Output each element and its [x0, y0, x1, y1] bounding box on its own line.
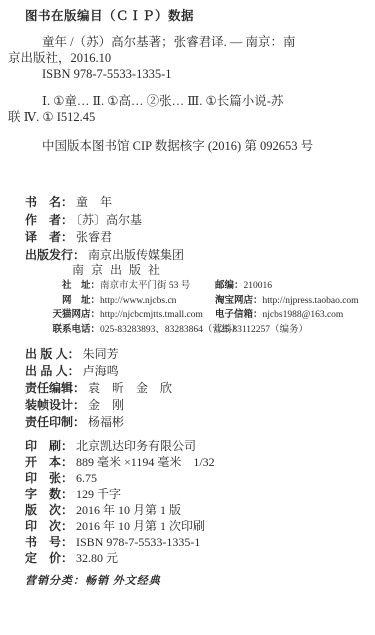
- marketing-category-row: 营销分类：畅销 外文经典: [25, 572, 375, 588]
- isbn-row: 书 号：ISBN 978-7-5533-1335-1: [25, 534, 375, 550]
- cip-classification-line2: 联 Ⅳ. ① I512.45: [8, 109, 375, 125]
- book-title-row: 书 名：童 年: [25, 194, 375, 212]
- editor-value: 袁 昕 金 欣: [88, 381, 172, 395]
- author-label: 作 者：: [25, 213, 73, 227]
- cip-heading: 图书在版编目（ＣＩＰ）数据: [25, 8, 375, 24]
- sheets-value: 6.75: [76, 471, 97, 485]
- edition-value: 2016 年 10 月第 1 版: [76, 503, 181, 517]
- designer-label: 装帧设计：: [25, 398, 85, 412]
- book-title-label: 书 名：: [25, 195, 73, 209]
- print-supervisor-value: 杨福彬: [88, 415, 124, 429]
- address-row: 社 址：南京市太平门街 53 号 邮编：210016: [47, 279, 375, 294]
- website-left: 网 址：http://www.njcbs.cn: [47, 294, 215, 309]
- printer-value: 北京凯达印务有限公司: [76, 439, 196, 453]
- word-count-label: 字 数：: [25, 487, 73, 501]
- taobao-cell: 淘宝网店：http://njpress.taobao.com: [215, 294, 359, 309]
- tmall-label: 天猫网店：: [47, 308, 100, 323]
- print-supervisor-row: 责任印制：杨福彬: [25, 414, 375, 431]
- author-row: 作 者：〔苏〕高尔基: [25, 212, 375, 230]
- editor-label: 责任编辑：: [25, 381, 85, 395]
- publisher-value: 南京出版传媒集团: [88, 248, 184, 262]
- cip-description-line2: 京出版社，2016.10: [8, 50, 375, 66]
- email-value: njcbs1988@163.com: [263, 310, 344, 320]
- editorial-phone-cell: 025-83112257（编务）: [215, 323, 308, 338]
- designer-value: 金 刚: [88, 398, 124, 412]
- staff-section: 出 版 人：朱同芳 出 品 人：卢海鸣 责任编辑：袁 昕 金 欣 装帧设计：金 …: [0, 346, 375, 431]
- editor-row: 责任编辑：袁 昕 金 欣: [25, 380, 375, 397]
- word-count-value: 129 千字: [76, 487, 121, 501]
- editorial-phone-value: 025-83112257（编务）: [215, 325, 308, 335]
- printer-label: 印 刷：: [25, 439, 73, 453]
- website-label: 网 址：: [47, 294, 100, 309]
- producer-value: 卢海鸣: [83, 364, 119, 378]
- author-value: 〔苏〕高尔基: [76, 213, 142, 227]
- taobao-label: 淘宝网店：: [215, 295, 263, 306]
- sheets-row: 印 张：6.75: [25, 470, 375, 486]
- postcode-cell: 邮编：210016: [215, 279, 272, 294]
- word-count-row: 字 数：129 千字: [25, 486, 375, 502]
- format-row: 开 本：889 毫米 ×1194 毫米 1/32: [25, 454, 375, 470]
- publisher-row: 出版发行：南京出版传媒集团: [25, 247, 375, 265]
- format-label: 开 本：: [25, 455, 73, 469]
- marketing-category-label: 营销分类：: [25, 575, 85, 587]
- designer-row: 装帧设计：金 刚: [25, 397, 375, 414]
- isbn-label: 书 号：: [25, 535, 73, 549]
- email-label: 电子信箱：: [215, 309, 263, 320]
- postcode-value: 210016: [244, 281, 273, 291]
- edition-label: 版 次：: [25, 503, 73, 517]
- book-copyright-page: 图书在版编目（ＣＩＰ）数据 童年 /（苏）高尔基著；张睿君译. — 南京：南 京…: [0, 0, 375, 635]
- impression-value: 2016 年 10 月第 1 次印刷: [76, 519, 205, 533]
- address-label: 社 址：: [47, 279, 100, 294]
- email-cell: 电子信箱：njcbs1988@163.com: [215, 308, 343, 323]
- format-value: 889 毫米 ×1194 毫米 1/32: [76, 455, 215, 469]
- publisher-label: 出版发行：: [25, 248, 85, 262]
- translator-label: 译 者：: [25, 230, 73, 244]
- edition-row: 版 次：2016 年 10 月第 1 版: [25, 502, 375, 518]
- sheets-label: 印 张：: [25, 471, 73, 485]
- website-row: 网 址：http://www.njcbs.cn 淘宝网店：http://njpr…: [47, 294, 375, 309]
- price-value: 32.80 元: [76, 551, 118, 565]
- impression-row: 印 次：2016 年 10 月第 1 次印刷: [25, 518, 375, 534]
- address-left: 社 址：南京市太平门街 53 号: [47, 279, 215, 294]
- contact-block: 社 址：南京市太平门街 53 号 邮编：210016 网 址：http://ww…: [0, 279, 375, 337]
- phone-label: 联系电话：: [47, 323, 100, 338]
- publisher-person-value: 朱同芳: [83, 347, 119, 361]
- cip-classification-line1: Ⅰ. ①童… Ⅱ. ①高… ②张… Ⅲ. ①长篇小说-苏: [42, 93, 375, 109]
- translator-value: 张睿君: [76, 230, 112, 244]
- cip-record-number-line: 中国版本图书馆 CIP 数据核字 (2016) 第 092653 号: [42, 138, 375, 154]
- postcode-label: 邮编：: [215, 280, 244, 291]
- marketing-category-value: 畅销 外文经典: [85, 575, 161, 587]
- publisher-person-row: 出 版 人：朱同芳: [25, 346, 375, 363]
- publisher-person-label: 出 版 人：: [25, 347, 80, 361]
- taobao-value: http://njpress.taobao.com: [263, 296, 359, 306]
- price-label: 定 价：: [25, 551, 73, 565]
- address-value: 南京市太平门街 53 号: [100, 281, 190, 291]
- book-title-value: 童 年: [76, 195, 112, 209]
- publisher-second-line: 南 京 出 版 社: [72, 264, 375, 277]
- book-info-section: 书 名：童 年 作 者：〔苏〕高尔基 译 者：张睿君 出版发行：南京出版传媒集团…: [0, 194, 375, 337]
- cip-section: 图书在版编目（ＣＩＰ）数据 童年 /（苏）高尔基著；张睿君译. — 南京：南 京…: [0, 0, 375, 154]
- website-value: http://www.njcbs.cn: [100, 296, 176, 306]
- producer-label: 出 品 人：: [25, 364, 80, 378]
- phone-left: 联系电话：025-83283893、83283864（营销）: [47, 323, 215, 338]
- printing-section: 印 刷：北京凯达印务有限公司 开 本：889 毫米 ×1194 毫米 1/32 …: [0, 438, 375, 566]
- tmall-value: http://njcbcmjtts.tmall.com: [100, 310, 203, 320]
- cip-description-line1: 童年 /（苏）高尔基著；张睿君译. — 南京：南: [42, 34, 375, 50]
- impression-label: 印 次：: [25, 519, 73, 533]
- tmall-left: 天猫网店：http://njcbcmjtts.tmall.com: [47, 308, 215, 323]
- translator-row: 译 者：张睿君: [25, 229, 375, 247]
- cip-isbn-line: ISBN 978-7-5533-1335-1: [42, 66, 375, 82]
- tmall-row: 天猫网店：http://njcbcmjtts.tmall.com 电子信箱：nj…: [47, 308, 375, 323]
- phone-row: 联系电话：025-83283893、83283864（营销） 025-83112…: [47, 323, 375, 338]
- price-row: 定 价：32.80 元: [25, 550, 375, 566]
- print-supervisor-label: 责任印制：: [25, 415, 85, 429]
- printer-row: 印 刷：北京凯达印务有限公司: [25, 438, 375, 454]
- producer-row: 出 品 人：卢海鸣: [25, 363, 375, 380]
- isbn-value: ISBN 978-7-5533-1335-1: [76, 535, 200, 549]
